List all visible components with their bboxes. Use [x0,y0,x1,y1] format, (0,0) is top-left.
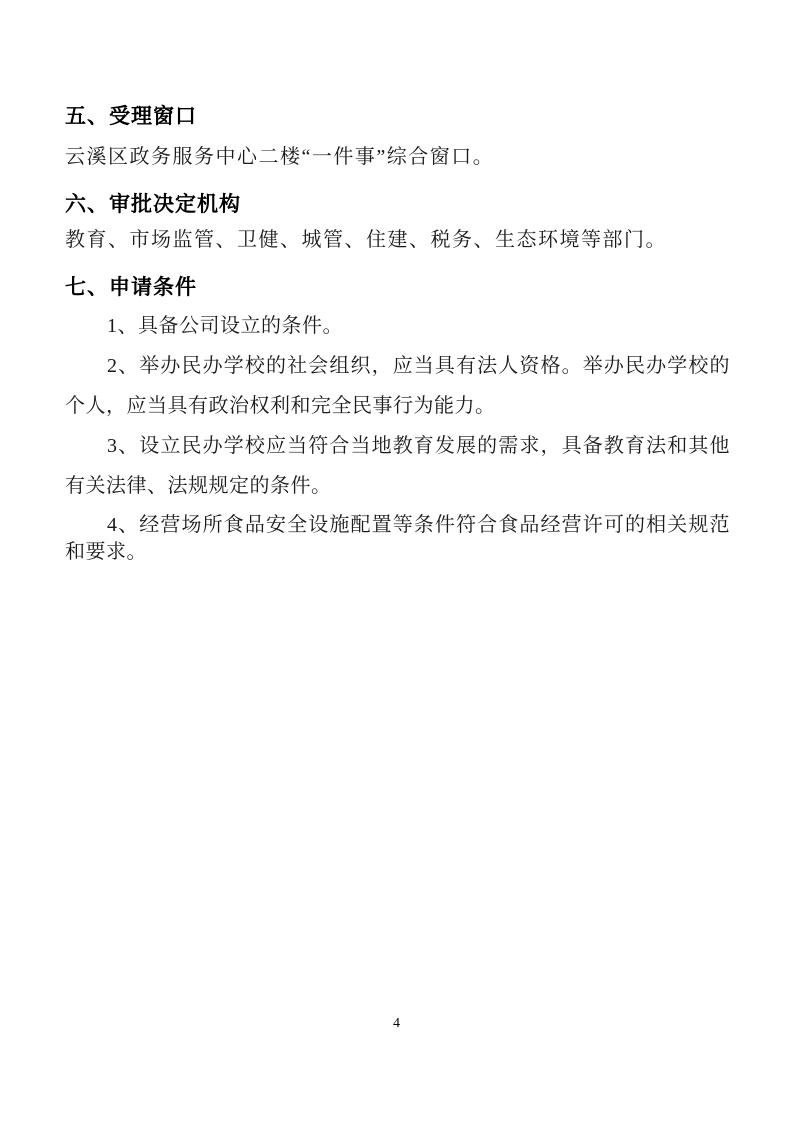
condition-item-4: 4、经营场所食品安全设施配置等条件符合食品经营许可的相关规范和要求。 [65,512,730,566]
section-paragraph-acceptance-window: 云溪区政务服务中心二楼“一件事”综合窗口。 [65,144,730,171]
condition-item-2: 2、举办民办学校的社会组织，应当具有法人资格。举办民办学校的个人，应当具有政治权… [65,346,730,426]
section-paragraph-approval-authority: 教育、市场监管、卫健、城管、住建、税务、生态环境等部门。 [65,227,730,254]
section-acceptance-window: 五、受理窗口 云溪区政务服务中心二楼“一件事”综合窗口。 [65,103,730,171]
condition-item-1: 1、具备公司设立的条件。 [65,306,730,346]
section-heading-acceptance-window: 五、受理窗口 [65,103,730,130]
condition-item-3: 3、设立民办学校应当符合当地教育发展的需求，具备教育法和其他有关法律、法规规定的… [65,426,730,506]
section-application-conditions: 七、申请条件 1、具备公司设立的条件。 2、举办民办学校的社会组织，应当具有法人… [65,274,730,566]
page-number: 4 [0,1016,793,1032]
document-page: 五、受理窗口 云溪区政务服务中心二楼“一件事”综合窗口。 六、审批决定机构 教育… [0,0,793,1122]
section-approval-authority: 六、审批决定机构 教育、市场监管、卫健、城管、住建、税务、生态环境等部门。 [65,191,730,254]
section-heading-application-conditions: 七、申请条件 [65,274,730,301]
section-heading-approval-authority: 六、审批决定机构 [65,191,730,218]
condition-list: 1、具备公司设立的条件。 2、举办民办学校的社会组织，应当具有法人资格。举办民办… [65,306,730,566]
